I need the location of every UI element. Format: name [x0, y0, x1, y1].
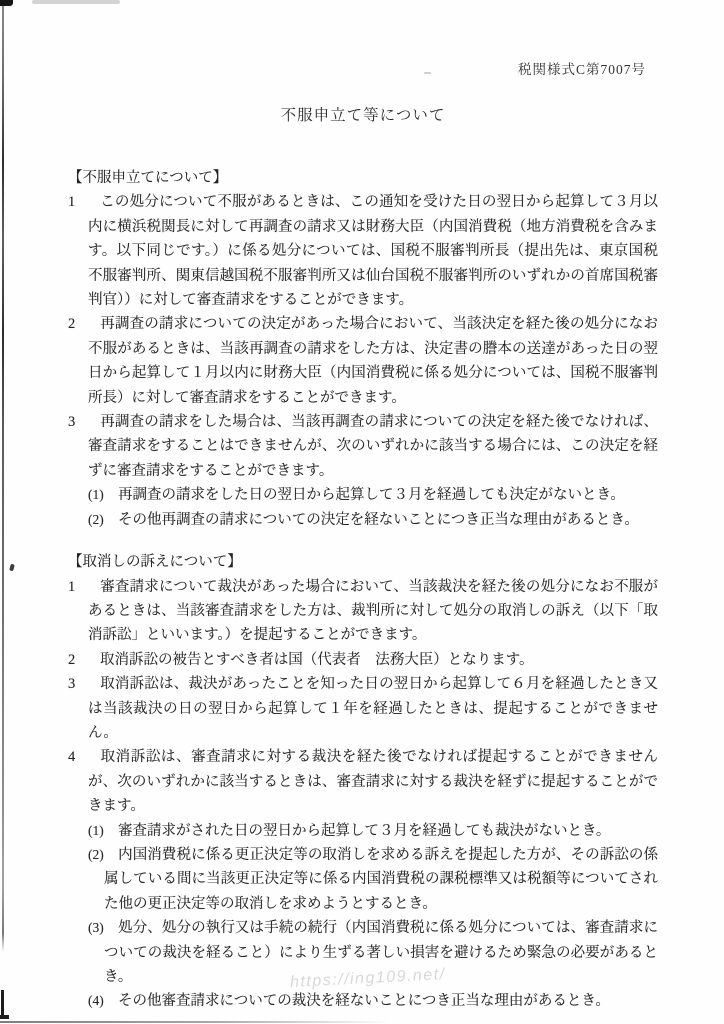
list-item: 4取消訴訟は、審査請求に対する裁決を経た後でなければ提起することができませんが、…: [68, 745, 658, 818]
item-text: 審査請求について裁決があった場合において、当該裁決を経た後の処分になお不服がある…: [88, 579, 658, 644]
scan-artifact-bottom-left-bar: [1, 990, 4, 1018]
document-body: 税関様式C第7007号 不服申立て等について 【不服申立てについて】 1この処分…: [68, 58, 658, 1014]
sub-list-item: (2)内国消費税に係る更正決定等の取消しを求める訴えを提起した方が、その訴訟の係…: [88, 843, 658, 916]
scan-artifact-left-edge-line: [2, 0, 4, 952]
subitem-number: (4): [88, 989, 118, 1013]
list-item: 3再調査の請求をした場合は、当該再調査の請求についての決定を経た後でなければ、審…: [68, 410, 658, 483]
item-number: 1: [68, 190, 100, 214]
scan-artifact-bottom-left-foot: [0, 1015, 9, 1019]
scanned-document-page: 税関様式C第7007号 不服申立て等について 【不服申立てについて】 1この処分…: [0, 0, 724, 1024]
item-number: 4: [68, 745, 100, 769]
sub-list-item: (4)その他審査請求についての裁決を経ないことにつき正当な理由があるとき。: [88, 989, 658, 1013]
scan-artifact-bottom-edge-line: [0, 1021, 390, 1023]
item-text: 取消訴訟は、審査請求に対する裁決を経た後でなければ提起することができませんが、次…: [88, 749, 658, 814]
list-item: 1この処分について不服があるときは、この通知を受けた日の翌日から起算して３月以内…: [68, 190, 658, 312]
section-revocation-suit: 【取消しの訴えについて】 1審査請求について裁決があった場合において、当該裁決を…: [68, 550, 658, 1014]
subitem-number: (3): [88, 916, 118, 940]
list-item: 2取消訴訟の被告とすべき者は国（代表者 法務大臣）となります。: [68, 648, 658, 672]
subitem-text: その他再調査の請求についての決定を経ないことにつき正当な理由があるとき。: [118, 512, 639, 528]
item-number: 1: [68, 575, 100, 599]
sub-list-item: (1)再調査の請求をした日の翌日から起算して３月を経過しても決定がないとき。: [88, 483, 658, 507]
scan-artifact-top-left-corner: [0, 0, 13, 6]
item-number: 2: [68, 312, 100, 336]
page-title: 不服申立て等について: [68, 103, 658, 125]
item-text: 再調査の請求についての決定があった場合において、当該決定を経た後の処分になお不服…: [88, 316, 658, 405]
item-number: 3: [68, 672, 100, 696]
subitem-text: 内国消費税に係る更正決定等の取消しを求める訴えを提起した方が、その訴訟の係属して…: [104, 847, 658, 912]
list-item: 1審査請求について裁決があった場合において、当該裁決を経た後の処分になお不服があ…: [68, 575, 658, 648]
item-text: この処分について不服があるときは、この通知を受けた日の翌日から起算して３月以内に…: [88, 194, 658, 308]
item-number: 2: [68, 648, 100, 672]
item-text: 取消訴訟は、裁決があったことを知った日の翌日から起算して６月を経過したとき又は当…: [88, 676, 658, 741]
subitem-number: (1): [88, 819, 118, 843]
subitem-text: その他審査請求についての裁決を経ないことにつき正当な理由があるとき。: [118, 993, 610, 1009]
sub-list-item: (2)その他再調査の請求についての決定を経ないことにつき正当な理由があるとき。: [88, 508, 658, 532]
subitem-text: 再調査の請求をした日の翌日から起算して３月を経過しても決定がないとき。: [118, 487, 625, 503]
list-item: 3取消訴訟は、裁決があったことを知った日の翌日から起算して６月を経過したとき又は…: [68, 672, 658, 745]
sub-list-item: (1)審査請求がされた日の翌日から起算して３月を経過しても裁決がないとき。: [88, 819, 658, 843]
list-item: 2再調査の請求についての決定があった場合において、当該決定を経た後の処分になお不…: [68, 312, 658, 410]
item-number: 3: [68, 410, 100, 434]
form-number: 税関様式C第7007号: [68, 58, 658, 78]
subitem-text: 審査請求がされた日の翌日から起算して３月を経過しても裁決がないとき。: [118, 823, 610, 839]
subitem-number: (2): [88, 508, 118, 532]
scan-artifact-left-speck: [9, 564, 15, 572]
item-text: 再調査の請求をした場合は、当該再調査の請求についての決定を経た後でなければ、審査…: [88, 414, 658, 479]
section-heading: 【不服申立てについて】: [68, 166, 658, 190]
scan-artifact-top-smudge: [32, 0, 120, 4]
subitem-number: (1): [88, 483, 118, 507]
item-text: 取消訴訟の被告とすべき者は国（代表者 法務大臣）となります。: [100, 652, 534, 668]
subitem-number: (2): [88, 843, 118, 867]
section-heading: 【取消しの訴えについて】: [68, 550, 658, 574]
section-appeal: 【不服申立てについて】 1この処分について不服があるときは、この通知を受けた日の…: [68, 166, 658, 532]
